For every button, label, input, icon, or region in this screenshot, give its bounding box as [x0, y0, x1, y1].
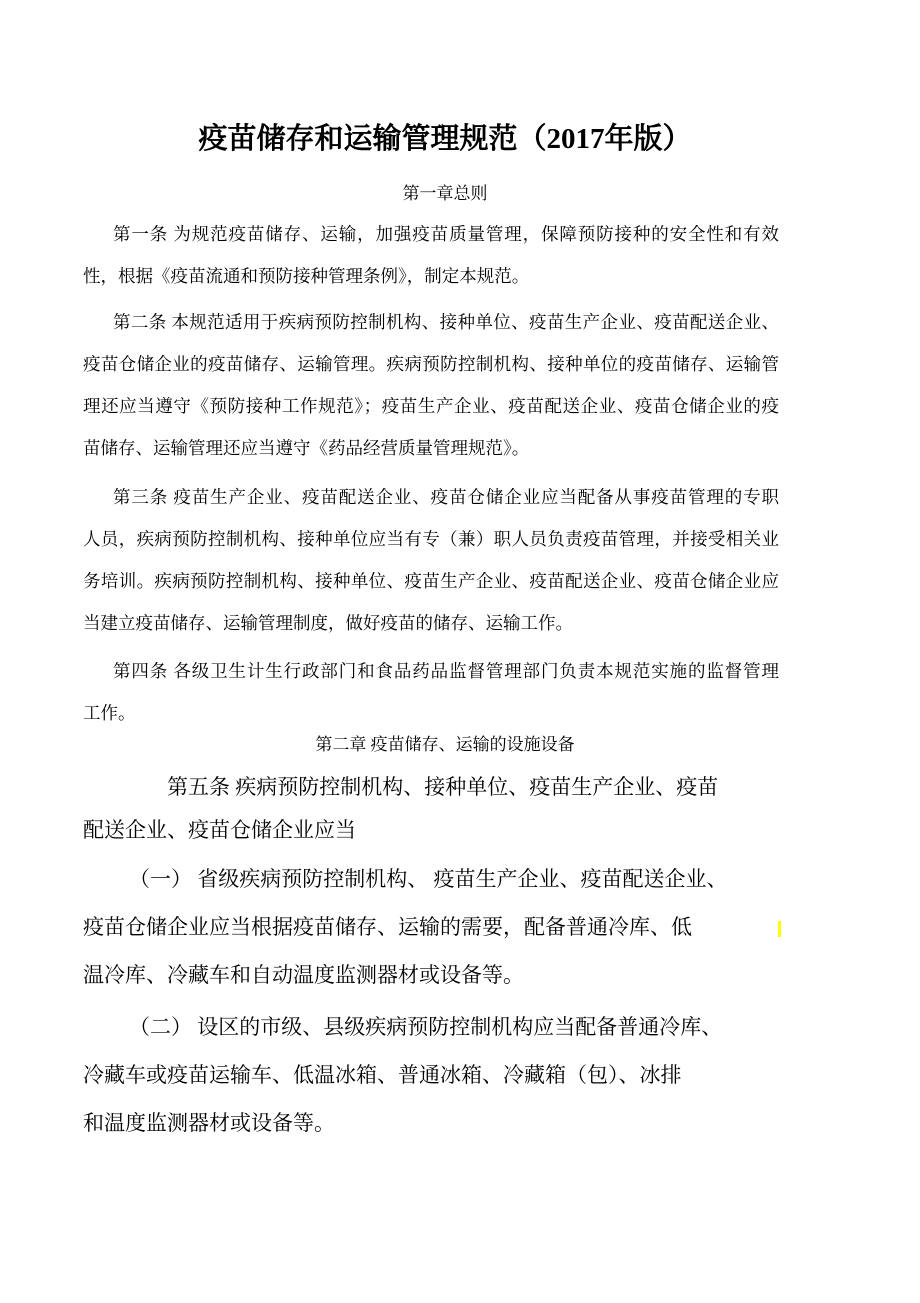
text-line: 工作。 [83, 692, 779, 734]
text-line: 务培训。疾病预防控制机构、接种单位、疫苗生产企业、疫苗配送企业、疫苗仓储企业应 [83, 560, 779, 602]
text-line: 当建立疫苗储存、运输管理制度，做好疫苗的储存、运输工作。 [83, 602, 779, 644]
text-line: 第三条 疫苗生产企业、疫苗配送企业、疫苗仓储企业应当配备从事疫苗管理的专职 [83, 476, 779, 518]
text-line: 第四条 各级卫生计生行政部门和食品药品监督管理部门负责本规范实施的监督管理 [83, 650, 779, 692]
document-page: 疫苗储存和运输管理规范（2017年版） 第一章总则第一条 为规范疫苗储存、运输，… [0, 0, 920, 1303]
text-line: 和温度监测器材或设备等。 [83, 1099, 803, 1147]
article-4: 第四条 各级卫生计生行政部门和食品药品监督管理部门负责本规范实施的监督管理工作。 [83, 650, 779, 734]
article-1: 第一条 为规范疫苗储存、运输，加强疫苗质量管理，保障预防接种的安全性和有效性，根… [83, 213, 779, 297]
text-line: 冷藏车或疫苗运输车、低温冰箱、普通冰箱、冷藏箱（包）、冰排 [83, 1051, 803, 1099]
text-line: 温冷库、冷藏车和自动温度监测器材或设备等。 [83, 951, 803, 999]
text-line: 疫苗仓储企业应当根据疫苗储存、运输的需要，配备普通冷库、低 [83, 903, 803, 951]
text-line: 理还应当遵守《预防接种工作规范》；疫苗生产企业、疫苗配送企业、疫苗仓储企业的疫 [83, 385, 779, 427]
chapter-2-heading: 第二章 疫苗储存、运输的设施设备 [0, 733, 890, 757]
article-5: 第五条 疾病预防控制机构、接种单位、疫苗生产企业、疫苗配送企业、疫苗仓储企业应当 [83, 766, 803, 852]
article-3: 第三条 疫苗生产企业、疫苗配送企业、疫苗仓储企业应当配备从事疫苗管理的专职人员，… [83, 476, 779, 644]
text-line: 配送企业、疫苗仓储企业应当 [83, 809, 803, 852]
article-5-item-2: （二） 设区的市级、县级疾病预防控制机构应当配备普通冷库、冷藏车或疫苗运输车、低… [83, 1003, 803, 1147]
chapter-1-heading: 第一章总则 [0, 182, 890, 206]
text-line: 性，根据《疫苗流通和预防接种管理条例》，制定本规范。 [83, 255, 779, 297]
document-title: 疫苗储存和运输管理规范（2017年版） [0, 118, 890, 160]
text-line: 第五条 疾病预防控制机构、接种单位、疫苗生产企业、疫苗 [83, 766, 803, 809]
article-2: 第二条 本规范适用于疾病预防控制机构、接种单位、疫苗生产企业、疫苗配送企业、疫苗… [83, 301, 779, 469]
text-line: （二） 设区的市级、县级疾病预防控制机构应当配备普通冷库、 [83, 1003, 803, 1051]
text-line: （一） 省级疾病预防控制机构、 疫苗生产企业、疫苗配送企业、 [83, 855, 803, 903]
text-line: 苗储存、运输管理还应当遵守《药品经营质量管理规范》。 [83, 427, 779, 469]
text-line: 疫苗仓储企业的疫苗储存、运输管理。疾病预防控制机构、接种单位的疫苗储存、运输管 [83, 343, 779, 385]
text-cursor-mark [778, 921, 781, 937]
text-line: 第二条 本规范适用于疾病预防控制机构、接种单位、疫苗生产企业、疫苗配送企业、 [83, 301, 779, 343]
text-line: 第一条 为规范疫苗储存、运输，加强疫苗质量管理，保障预防接种的安全性和有效 [83, 213, 779, 255]
article-5-item-1: （一） 省级疾病预防控制机构、 疫苗生产企业、疫苗配送企业、疫苗仓储企业应当根据… [83, 855, 803, 999]
text-line: 人员，疾病预防控制机构、接种单位应当有专（兼）职人员负责疫苗管理，并接受相关业 [83, 518, 779, 560]
